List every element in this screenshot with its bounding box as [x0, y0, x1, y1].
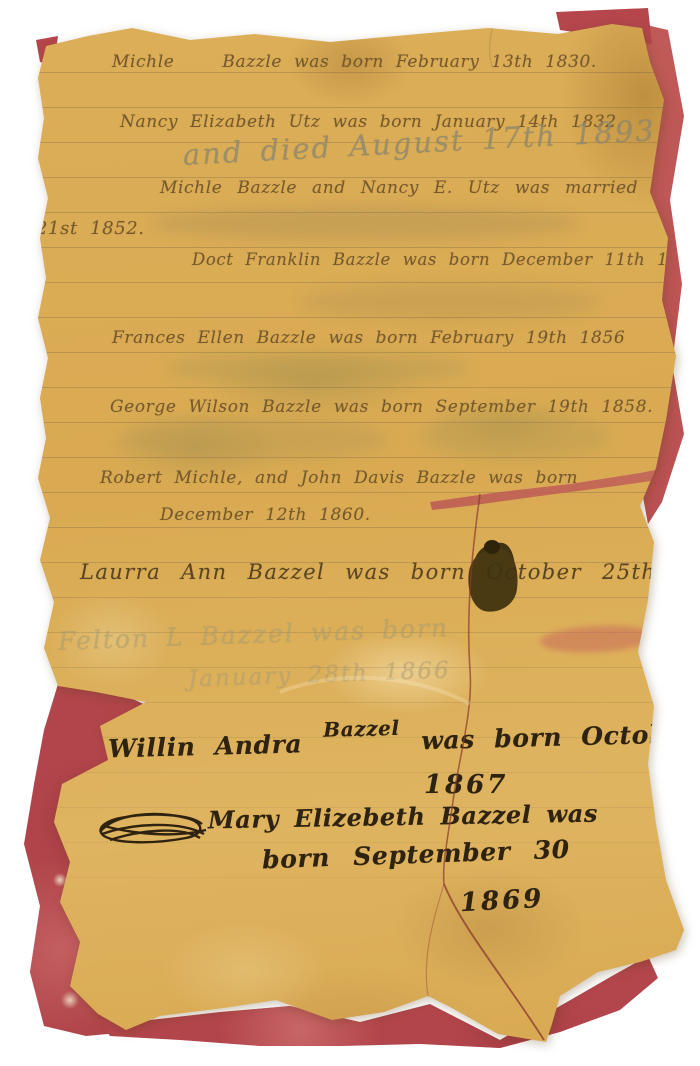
record-text: Michle [112, 52, 174, 72]
scanned-family-record-page: MichleBazzle was born February 13th 1830… [0, 0, 700, 1066]
ink-ghost-offset [420, 412, 610, 460]
aged-paper-page: MichleBazzle was born February 13th 1830… [0, 0, 700, 1066]
ruled-lines [30, 72, 688, 912]
record-laurra-birth: Laurra Ann Bazzel was born October 25th … [80, 560, 700, 584]
ink-ghost-offset [118, 418, 388, 460]
faded-pencil-smudge [150, 206, 580, 240]
record-marriage: Michle Bazzle and Nancy E. Utz was marri… [160, 178, 700, 198]
record-marriage-date: 21st 1852. [36, 218, 145, 239]
ink-blot-drop [484, 540, 500, 554]
record-franklin-birth: Doct Franklin Bazzle was born December 1… [192, 250, 700, 269]
record-michle-birth: MichleBazzle was born February 13th 1830… [112, 52, 597, 72]
record-george-birth: George Wilson Bazzle was born September … [110, 397, 653, 417]
ink-ghost-offset [168, 352, 468, 384]
record-text: Willin Andra [108, 729, 303, 763]
record-robert-john-date: December 12th 1860. [160, 505, 371, 525]
record-text: Bazzle was born February 13th 1830. [222, 52, 597, 72]
record-robert-john-birth: Robert Michle, and John Davis Bazzle was… [100, 468, 578, 488]
inserted-surname: Bazzel [323, 716, 400, 742]
ink-ghost-offset [300, 284, 600, 320]
record-willin-year: 1867 [424, 770, 508, 800]
record-mary-year: 1869 [459, 884, 545, 918]
record-frances-birth: Frances Ellen Bazzle was born February 1… [112, 328, 625, 348]
